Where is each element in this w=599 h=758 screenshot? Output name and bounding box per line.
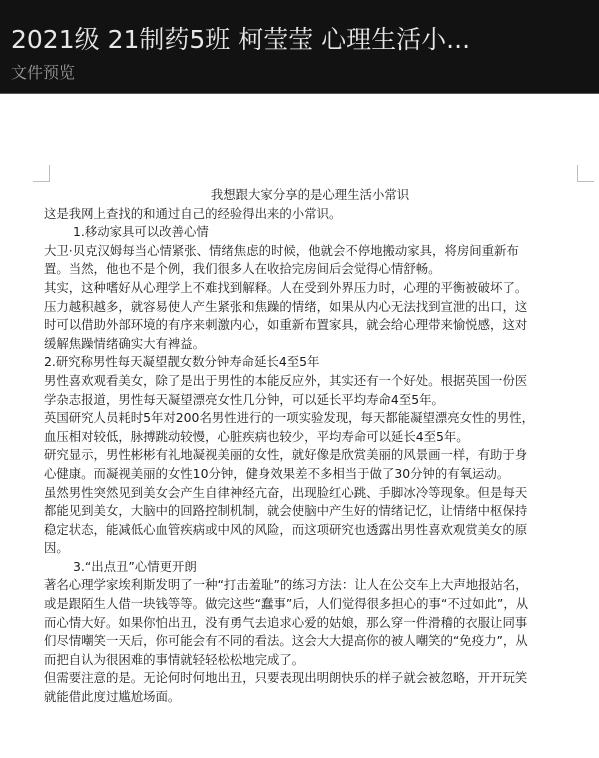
paragraph-line: 而心情大好。如果你怕出丑，没有勇气去追求心爱的姑娘，那么穿一件滑稽的衣服让同事 [44, 614, 584, 633]
paragraph-line: 学杂志报道，男性每天凝望漂亮女性几分钟，可以延长平均寿命4至5年。 [44, 391, 584, 410]
paragraph-line: 时可以借助外部环境的有序来刺激内心，如重新布置家具，就会给心理带来愉悦感，这对 [44, 316, 584, 335]
paragraph-line: 缓解焦躁情绪确实大有裨益。 [44, 335, 584, 354]
file-preview-label: 文件预览 [11, 60, 75, 83]
paragraph-line: 因。 [44, 539, 584, 558]
document-body: 我想跟大家分享的是心理生活小常识 这是我网上查找的和通过自己的经验得出来的小常识… [44, 186, 584, 707]
page-corner-mark-right [577, 165, 594, 182]
paragraph-line: 置。当然，他也不是个例，我们很多人在收拾完房间后会觉得心情舒畅。 [44, 260, 584, 279]
preview-header: 2021级 21制药5班 柯莹莹 心理生活小... 文件预览 [0, 0, 599, 94]
document-intro: 这是我网上查找的和通过自己的经验得出来的小常识。 [44, 205, 584, 224]
document-page[interactable]: 我想跟大家分享的是心理生活小常识 这是我网上查找的和通过自己的经验得出来的小常识… [0, 94, 599, 758]
paragraph-line: 大卫·贝克汉姆每当心情紧张、情绪焦虑的时候，他就会不停地搬动家具，将房间重新布 [44, 242, 584, 261]
paragraph-line: 英国研究人员耗时5年对200名男性进行的一项实验发现，每天都能凝望漂亮女性的男性… [44, 409, 584, 428]
paragraph-line: 或是跟陌生人借一块钱等等。做完这些“蠢事”后，人们觉得很多担心的事“不过如此”，… [44, 595, 584, 614]
paragraph-line: 著名心理学家埃利斯发明了一种“打击羞耻”的练习方法：让人在公交车上大声地报站名， [44, 576, 584, 595]
paragraph-line: 们尽情嘲笑一天后，你可能会有不同的看法。这会大大提高你的被人嘲笑的“免疫力”，从 [44, 632, 584, 651]
page-corner-mark-left [33, 165, 50, 182]
paragraph-line: 但需要注意的是。无论何时何地出丑，只要表现出明朗快乐的样子就会被忽略，开开玩笑 [44, 669, 584, 688]
paragraph-line: 血压相对较低，脉搏跳动较慢，心脏疾病也较少，平均寿命可以延长4至5年。 [44, 428, 584, 447]
paragraph-line: 都能见到美女，大脑中的回路控制机制，就会使脑中产生好的情绪记忆，让情绪中枢保持 [44, 502, 584, 521]
document-heading: 我想跟大家分享的是心理生活小常识 [44, 186, 584, 205]
paragraph-line: 就能借此度过尴尬场面。 [44, 688, 584, 707]
paragraph-line: 研究显示，男性彬彬有礼地凝视美丽的女性，就好像是欣赏美丽的风景画一样，有助于身 [44, 446, 584, 465]
paragraph-line: 虽然男性突然见到美女会产生自律神经亢奋，出现脸红心跳、手脚冰冷等现象。但是每天 [44, 484, 584, 503]
paragraph-line: 其实，这种嗜好从心理学上不难找到解释。人在受到外界压力时，心理的平衡被破坏了。 [44, 279, 584, 298]
section-title: 1.移动家具可以改善心情 [44, 223, 584, 242]
paragraph-line: 稳定状态，能减低心血管疾病或中风的风险，而这项研究也透露出男性喜欢观赏美女的原 [44, 521, 584, 540]
section-title: 2.研究称男性每天凝望靓女数分钟寿命延长4至5年 [44, 353, 584, 372]
paragraph-line: 心健康。而凝视美丽的女性10分钟，健身效果差不多相当于做了30分钟的有氧运动。 [44, 465, 584, 484]
paragraph-line: 压力越积越多，就容易使人产生紧张和焦躁的情绪，如果从内心无法找到宣泄的出口，这 [44, 298, 584, 317]
section-title: 3.“出点丑”心情更开朗 [44, 558, 584, 577]
paragraph-line: 男性喜欢观看美女，除了是出于男性的本能反应外，其实还有一个好处。根据英国一份医 [44, 372, 584, 391]
file-title: 2021级 21制药5班 柯莹莹 心理生活小... [11, 20, 470, 56]
paragraph-line: 而把自认为很困难的事情就轻轻松松地完成了。 [44, 651, 584, 670]
